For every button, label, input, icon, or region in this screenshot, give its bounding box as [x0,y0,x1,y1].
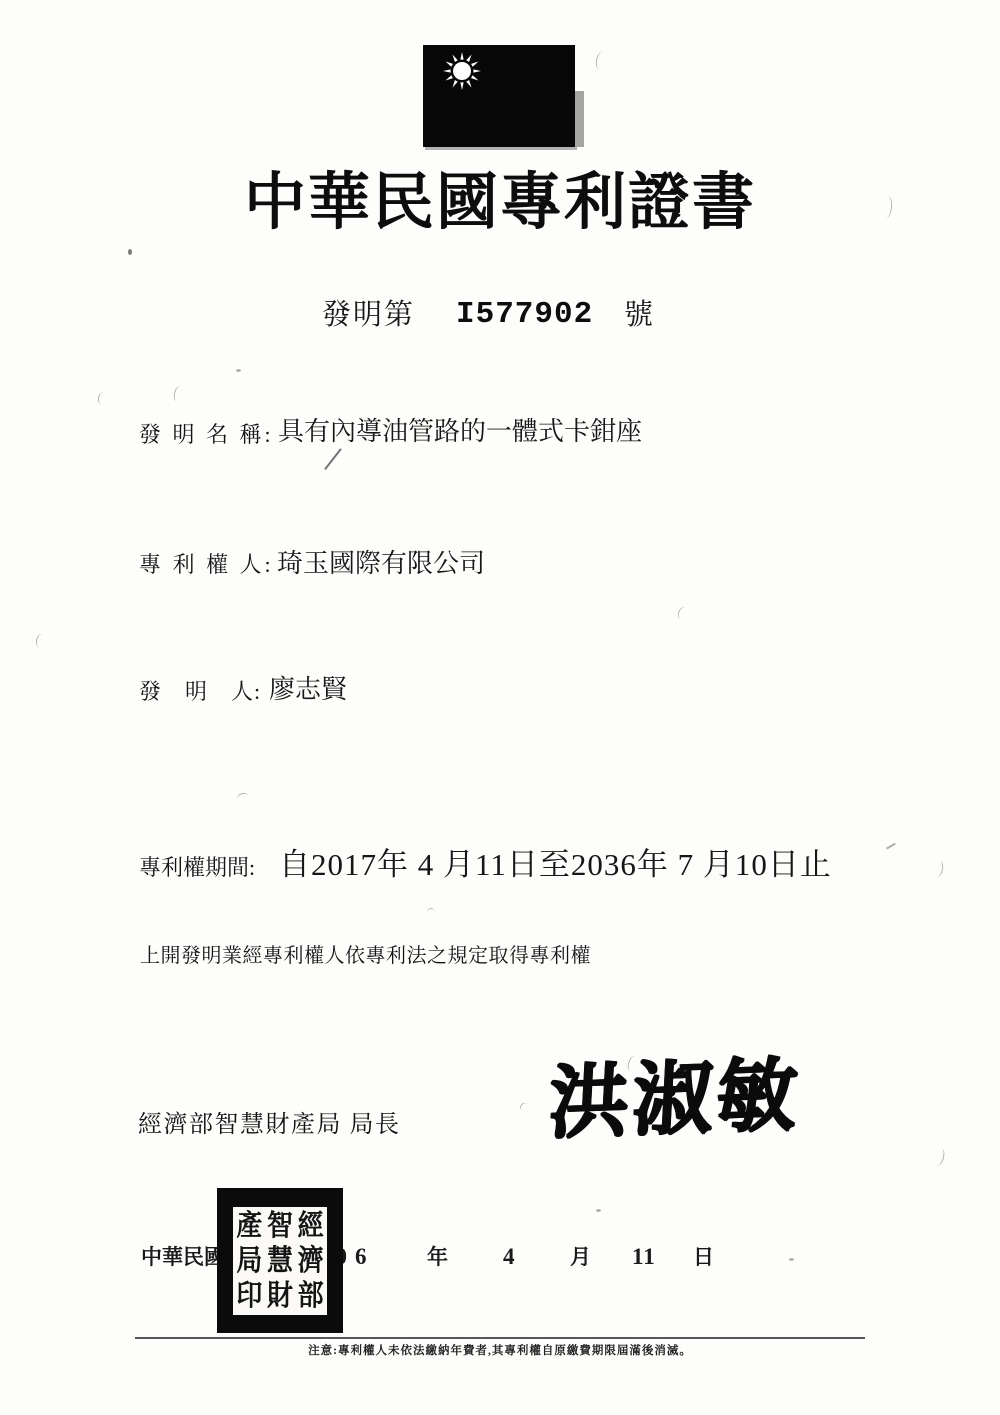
grant-statement: 上開發明業經專利權人依專利法之規定取得專利權 [140,946,591,966]
patent-number: I577902 [456,299,593,330]
seal-char: 經 [295,1205,326,1245]
roc-flag [423,45,575,147]
footer-divider [135,1337,865,1339]
scan-artifact [789,1258,794,1261]
issuing-office-title: 經濟部智慧財產局 局長 [138,1113,401,1137]
patent-number-suffix: 號 [624,301,653,330]
date-year-unit: 年 [427,1247,448,1268]
scan-shadow [425,147,577,150]
scan-artifact [128,249,132,255]
seal-char: 產 [234,1205,265,1245]
seal-char: 部 [295,1276,326,1316]
scan-artifact [518,1101,531,1114]
patentee-label: 專 利 權 人: [139,554,274,576]
inventor-value: 廖志賢 [269,677,347,703]
certificate-title: 中華民國專利證書 [0,172,1000,234]
scan-shadow [575,91,584,147]
scan-artifact [236,369,241,372]
date-era: 中華民國 [141,1247,225,1268]
date-day-unit: 日 [693,1247,714,1268]
scan-artifact [595,51,608,70]
scan-artifact [172,385,185,403]
scan-artifact [236,792,250,805]
patent-term-value: 自2017年 4 月11日至2036年 7 月10日止 [279,849,832,880]
patent-certificate-page: 中華民國專利證書 發明第 I577902 號 發 明 名 稱: 具有內導油管路的… [0,0,1000,1415]
date-day: 11 [632,1245,656,1268]
official-seal-stamp: 產 智 經 局 慧 濟 印 財 部 [217,1188,343,1333]
seal-char: 財 [265,1276,296,1316]
scan-artifact [97,391,109,405]
date-month-unit: 月 [570,1247,591,1268]
director-signature: 洪淑敏 [546,1056,802,1145]
seal-char: 濟 [295,1241,326,1281]
seal-char: 局 [234,1241,265,1281]
footer-note: 注意:專利權人未依法繳納年費者,其專利權自原繳費期限屆滿後消滅。 [0,1346,1000,1358]
patent-number-prefix: 發明第 [322,301,415,330]
scan-artifact [35,633,47,649]
invention-name-label: 發 明 名 稱: [139,424,274,446]
scan-artifact [676,606,690,622]
scan-artifact [596,1209,601,1212]
seal-characters: 產 智 經 局 慧 濟 印 財 部 [233,1207,327,1315]
patent-term-label: 專利權期間: [139,857,255,879]
scan-artifact [932,859,945,877]
seal-char: 慧 [265,1241,296,1281]
white-sun-icon [442,51,482,91]
invention-name-value: 具有內導油管路的一體式卡鉗座 [278,419,642,445]
scan-artifact [324,448,341,469]
patentee-value: 琦玉國際有限公司 [277,551,485,577]
inventor-label: 發 明 人: [139,681,261,703]
scan-artifact [886,843,895,849]
scan-artifact [932,1147,946,1167]
date-month: 4 [503,1245,515,1268]
seal-char: 智 [265,1205,296,1245]
seal-char: 印 [234,1276,265,1316]
scan-artifact [426,907,436,918]
